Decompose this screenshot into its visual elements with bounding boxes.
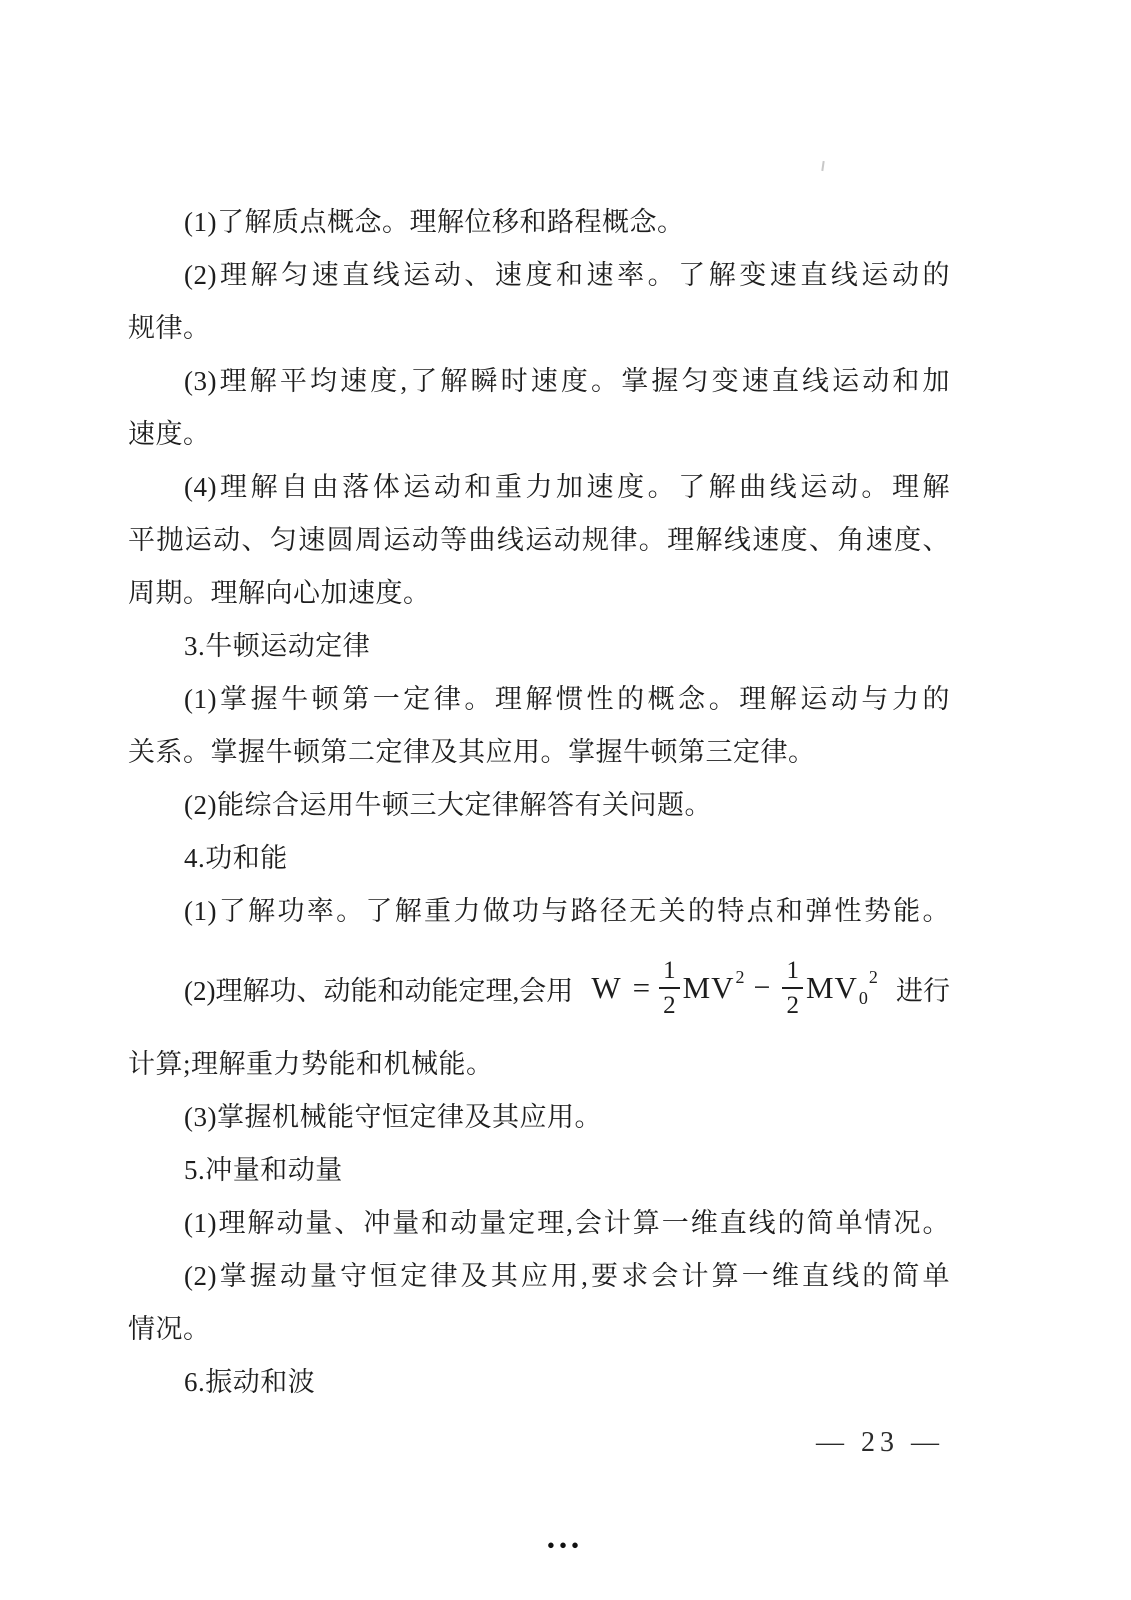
text-line: 平抛运动、匀速圆周运动等曲线运动规律。理解线速度、角速度、: [128, 514, 950, 567]
text-line: (1)掌握牛顿第一定律。理解惯性的概念。理解运动与力的: [128, 673, 950, 726]
text-line: (2)掌握动量守恒定律及其应用,要求会计算一维直线的简单: [128, 1250, 950, 1303]
text-line: (3)掌握机械能守恒定律及其应用。: [128, 1091, 950, 1144]
text-line: 周期。理解向心加速度。: [128, 567, 950, 620]
formula-lhs: W: [591, 970, 620, 1006]
text-line: (2)理解匀速直线运动、速度和速率。了解变速直线运动的: [128, 249, 950, 302]
text-line: 规律。: [128, 302, 950, 355]
section-heading-newton-laws: 3.牛顿运动定律: [128, 620, 950, 673]
superscript-2: 2: [736, 967, 745, 988]
fraction-one-half: 1 2: [659, 958, 680, 1018]
section-heading-work-energy: 4.功和能: [128, 832, 950, 885]
section-heading-vibration-waves: 6.振动和波: [128, 1356, 950, 1409]
text-line: 关系。掌握牛顿第二定律及其应用。掌握牛顿第三定律。: [128, 726, 950, 779]
text-line: (3)理解平均速度,了解瞬时速度。掌握匀变速直线运动和加: [128, 355, 950, 408]
scanned-document-page: { "page": { "background": "#ffffff", "te…: [0, 0, 1131, 1600]
scan-artifact-speck: [821, 161, 824, 171]
text-line: (2)能综合运用牛顿三大定律解答有关问题。: [128, 779, 950, 832]
kinetic-energy-formula: W = 1 2 MV 2 − 1 2 MV 0 2: [591, 958, 878, 1018]
text-line: (1)了解质点概念。理解位移和路程概念。: [128, 196, 950, 249]
formula-line-post-text: 进行: [896, 969, 950, 1008]
text-line: (1)理解动量、冲量和动量定理,会计算一维直线的简单情况。: [128, 1197, 950, 1250]
formula-term-mv0: MV: [806, 970, 858, 1006]
text-line: (4)理解自由落体运动和重力加速度。了解曲线运动。理解: [128, 461, 950, 514]
fraction-one-half: 1 2: [782, 958, 803, 1018]
text-line: 情况。: [128, 1303, 950, 1356]
section-heading-impulse-momentum: 5.冲量和动量: [128, 1144, 950, 1197]
document-body: (1)了解质点概念。理解位移和路程概念。 (2)理解匀速直线运动、速度和速率。了…: [128, 196, 950, 1409]
formula-term-mv: MV: [683, 970, 735, 1006]
text-line: 计算;理解重力势能和机械能。: [128, 1038, 950, 1091]
page-number: — 23 —: [800, 1416, 960, 1469]
subscript-0: 0: [859, 988, 868, 1009]
minus-sign: −: [754, 971, 771, 1005]
formula-line-pre-text: (2)理解功、动能和动能定理,会用: [184, 969, 573, 1008]
pagination-dots: •••: [515, 1528, 615, 1564]
superscript-2: 2: [869, 967, 878, 988]
text-line: 速度。: [128, 408, 950, 461]
text-line-with-formula: (2)理解功、动能和动能定理,会用 W = 1 2 MV 2 − 1 2 MV …: [128, 938, 950, 1038]
equals-sign: =: [633, 970, 650, 1006]
text-line: (1)了解功率。了解重力做功与路径无关的特点和弹性势能。: [128, 885, 950, 938]
